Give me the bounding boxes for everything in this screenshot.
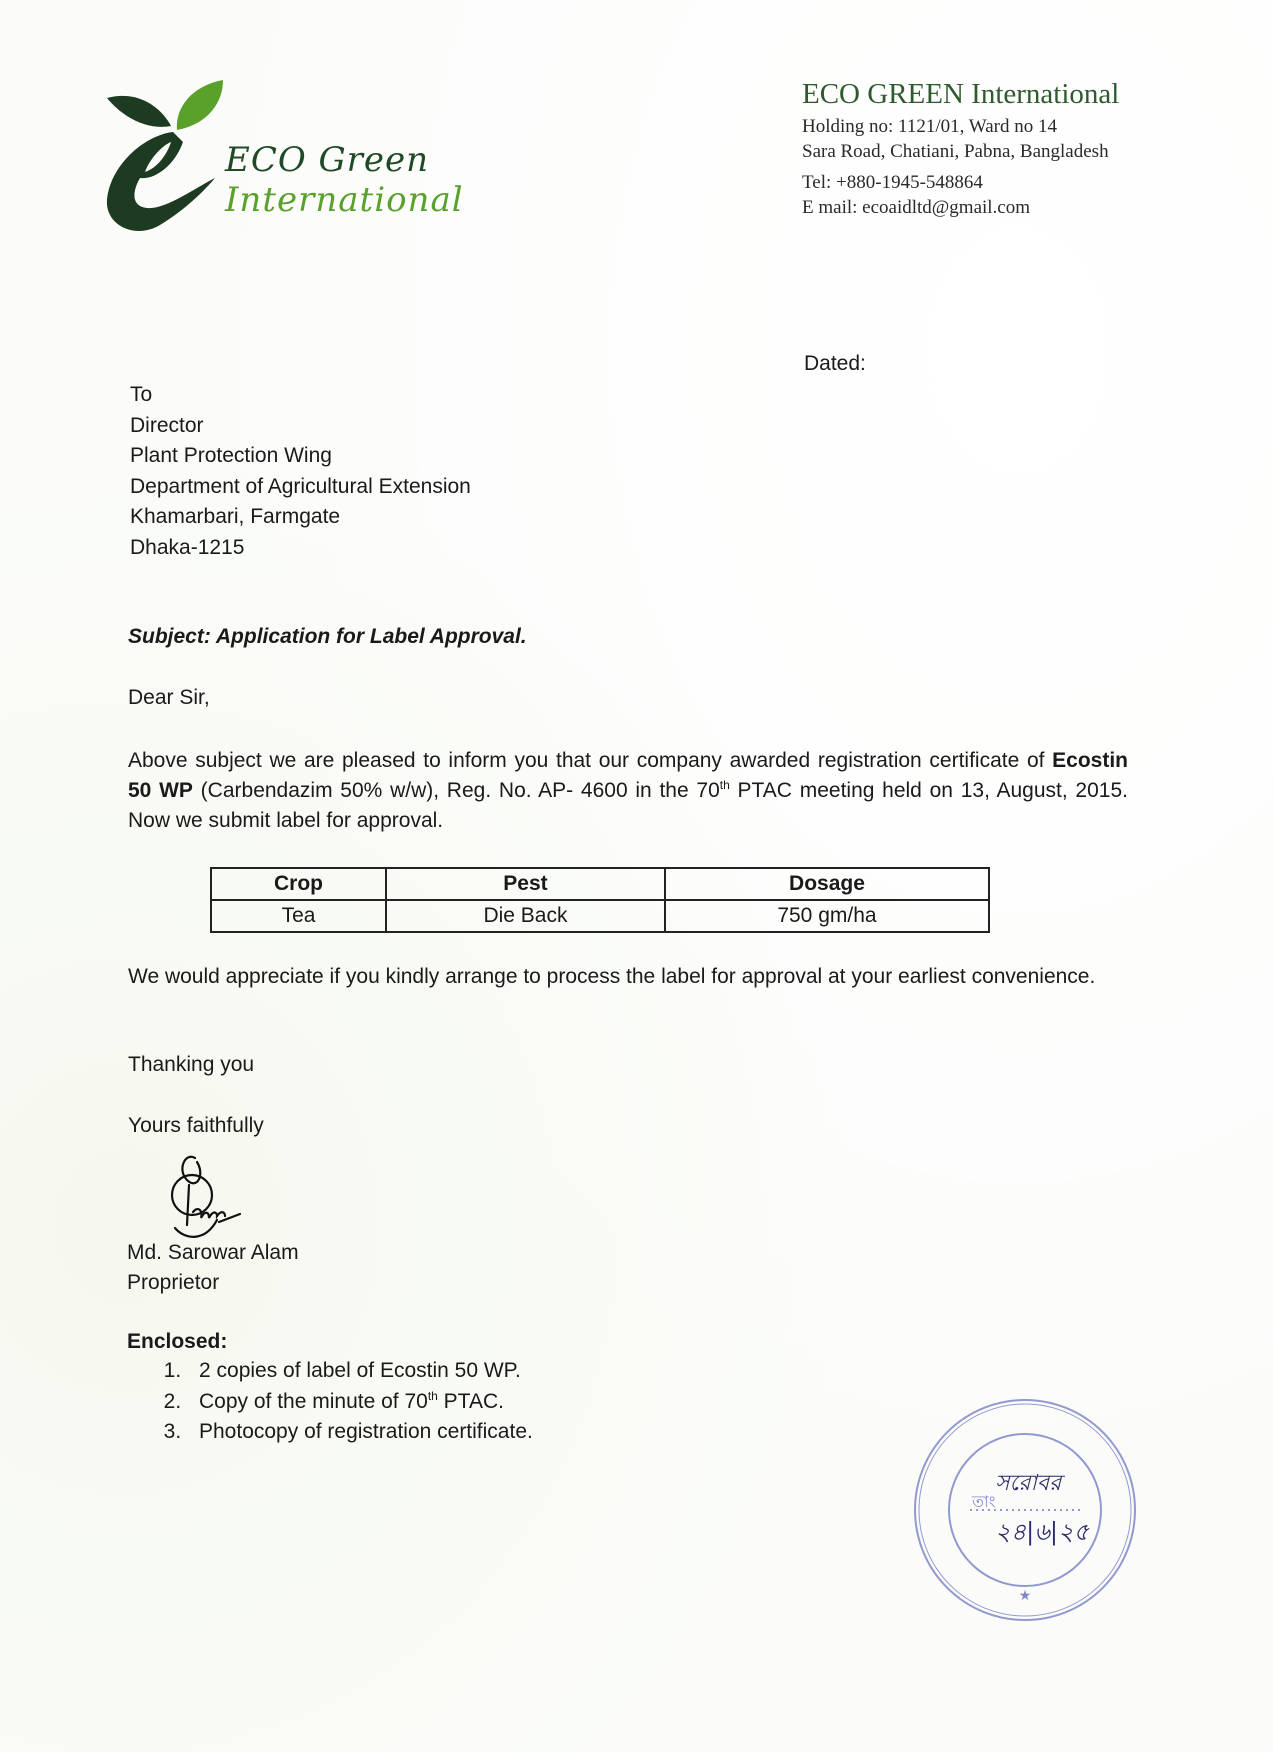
column-header-dosage: Dosage <box>665 868 989 900</box>
cell-pest: Die Back <box>386 900 665 932</box>
list-item: 2 copies of label of Ecostin 50 WP. <box>187 1356 533 1387</box>
column-header-crop: Crop <box>211 868 386 900</box>
table-row: Tea Die Back 750 gm/ha <box>211 900 989 932</box>
enclosure-text: 2 copies of label of Ecostin 50 WP. <box>199 1359 521 1382</box>
signature-icon <box>165 1150 255 1250</box>
dated-label: Dated: <box>804 352 866 376</box>
closing-line: Yours faithfully <box>128 1114 264 1138</box>
logo-text-international: International <box>225 180 464 220</box>
address-line-2: Sara Road, Chatiani, Pabna, Bangladesh <box>802 139 1119 164</box>
para1-text: Above subject we are pleased to inform y… <box>128 749 1052 772</box>
enclosure-text: Copy of the minute of 70 <box>199 1390 428 1413</box>
stamp-handwritten-name: সরোবর <box>995 1471 1065 1496</box>
ordinal-suffix: th <box>720 778 730 792</box>
logo-text-eco-green: ECO Green <box>225 140 429 180</box>
address-line-1: Holding no: 1121/01, Ward no 14 <box>802 114 1119 139</box>
recipient-line: To <box>130 380 471 411</box>
crop-pest-dosage-table: Crop Pest Dosage Tea Die Back 750 gm/ha <box>210 867 990 933</box>
enclosures-list: 2 copies of label of Ecostin 50 WP. Copy… <box>127 1356 533 1448</box>
recipient-line: Director <box>130 411 471 442</box>
subject-line: Subject: Application for Label Approval. <box>128 625 527 649</box>
cell-crop: Tea <box>211 900 386 932</box>
telephone: Tel: +880-1945-548864 <box>802 170 1119 195</box>
recipient-line: Department of Agricultural Extension <box>130 472 471 503</box>
list-item: Copy of the minute of 70th PTAC. <box>187 1387 533 1418</box>
svg-text:★: ★ <box>1019 1588 1032 1604</box>
enclosed-title: Enclosed: <box>127 1330 533 1354</box>
ordinal-suffix: th <box>428 1389 438 1403</box>
salutation: Dear Sir, <box>128 686 210 710</box>
enclosure-text: Photocopy of registration certificate. <box>199 1420 533 1443</box>
recipient-line: Plant Protection Wing <box>130 441 471 472</box>
recipient-address: To Director Plant Protection Wing Depart… <box>130 380 471 563</box>
stamp-handwritten-date: ২৪|৬|২৫ <box>995 1518 1091 1547</box>
signer-title: Proprietor <box>127 1268 299 1298</box>
company-logo: ECO Green International <box>105 80 505 250</box>
letterhead: ECO GREEN International Holding no: 1121… <box>802 78 1119 220</box>
email: E mail: ecoaidltd@gmail.com <box>802 195 1119 220</box>
thanks-line: Thanking you <box>128 1053 254 1077</box>
recipient-line: Khamarbari, Farmgate <box>130 502 471 533</box>
list-item: Photocopy of registration certificate. <box>187 1417 533 1448</box>
body-paragraph-1: Above subject we are pleased to inform y… <box>128 746 1128 836</box>
body-paragraph-2: We would appreciate if you kindly arrang… <box>128 962 1128 992</box>
enclosures: Enclosed: 2 copies of label of Ecostin 5… <box>127 1330 533 1448</box>
stamp-date-label: তাং <box>971 1492 996 1511</box>
enclosure-text: PTAC. <box>438 1390 504 1413</box>
leaf-e-logo-icon <box>105 80 225 240</box>
company-name: ECO GREEN International <box>802 78 1119 111</box>
recipient-line: Dhaka-1215 <box>130 533 471 564</box>
received-stamp-icon: ★ তাং সরোবর ২৪|৬|২৫ <box>910 1395 1140 1630</box>
table-header-row: Crop Pest Dosage <box>211 868 989 900</box>
signer-block: Md. Sarowar Alam Proprietor <box>127 1238 299 1298</box>
cell-dosage: 750 gm/ha <box>665 900 989 932</box>
para1-text: (Carbendazim 50% w/w), Reg. No. AP- 4600… <box>193 779 720 802</box>
signer-name: Md. Sarowar Alam <box>127 1238 299 1268</box>
column-header-pest: Pest <box>386 868 665 900</box>
